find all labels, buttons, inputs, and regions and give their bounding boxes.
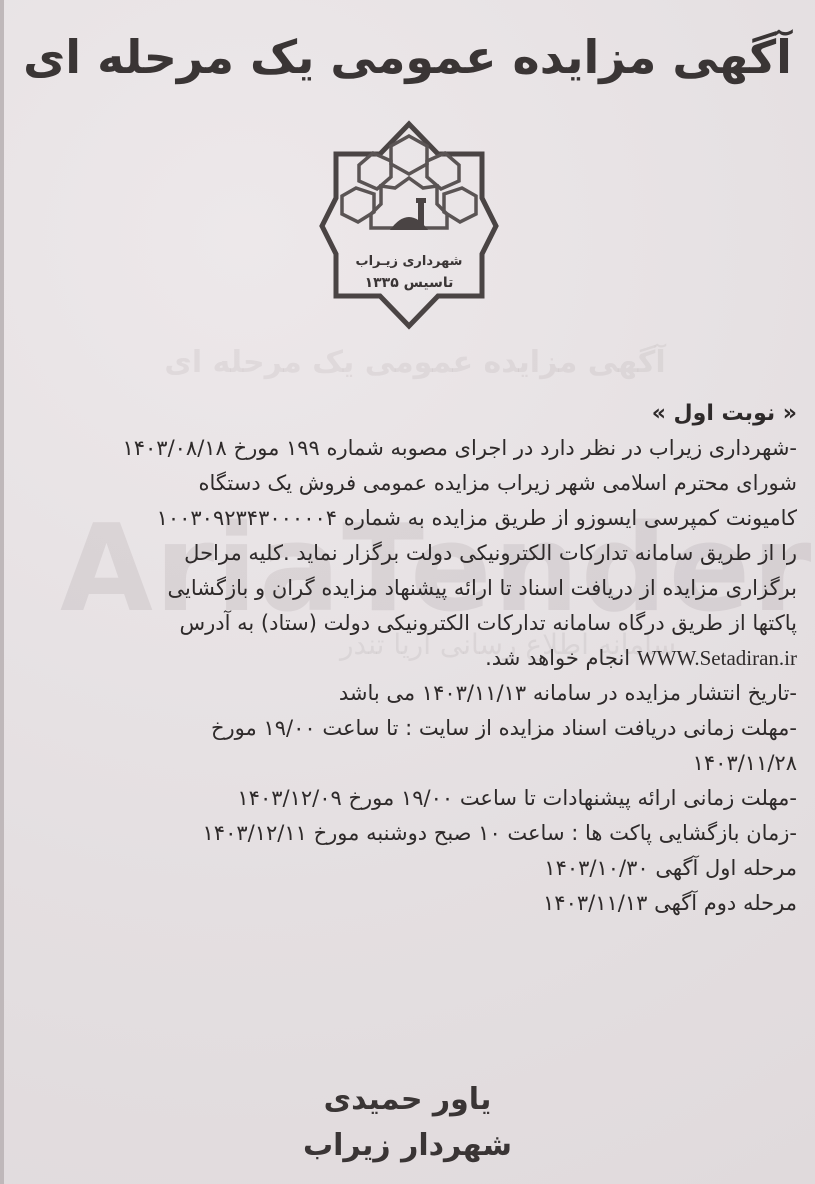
- website-suffix: انجام خواهد شد.: [485, 646, 630, 670]
- paragraph-line: شورای محترم اسلامی شهر زیراب مزایده عموم…: [7, 466, 797, 501]
- newspaper-notice: آگهی مزایده عمومی یک مرحله ای شهرداری زی…: [0, 0, 815, 1184]
- logo-established: تاسیس ۱۳۳۵: [318, 275, 500, 291]
- notice-title: آگهی مزایده عمومی یک مرحله ای: [0, 30, 815, 84]
- paragraph-line: کامیونت کمپرسی ایسوزو از طریق مزایده به …: [7, 501, 797, 536]
- paragraph-line: را از طریق سامانه تدارکات الکترونیکی دول…: [7, 536, 797, 571]
- paragraph-line: -شهرداری زیراب در نظر دارد در اجرای مصوب…: [7, 431, 797, 466]
- doc-deadline-date: ۱۴۰۳/۱۱/۲۸: [7, 746, 797, 781]
- logo-name: شهرداری زیـراب: [318, 254, 500, 269]
- bid-deadline-line: -مهلت زمانی ارائه پیشنهادات تا ساعت ۱۹/۰…: [7, 781, 797, 816]
- paragraph-line: برگزاری مزایده از دریافت اسناد تا ارائه …: [7, 571, 797, 606]
- doc-deadline-line: -مهلت زمانی دریافت اسناد مزایده از سایت …: [7, 711, 797, 746]
- signatory-role: شهردار زیراب: [0, 1128, 815, 1163]
- paragraph-line: پاکتها از طریق درگاه سامانه تدارکات الکت…: [7, 606, 797, 641]
- publish-date-line: -تاریخ انتشار مزایده در سامانه ۱۴۰۳/۱۱/۱…: [7, 676, 797, 711]
- municipality-emblem-star-icon: [318, 118, 500, 334]
- stage2-line: مرحله دوم آگهی ۱۴۰۳/۱۱/۱۳: [7, 886, 797, 921]
- opening-line: -زمان بازگشایی پاکت ها : ساعت ۱۰ صبح دوش…: [7, 816, 797, 851]
- website-line: WWW.Setadiran.ir انجام خواهد شد.: [7, 641, 797, 676]
- notice-body: « نوبت اول » -شهرداری زیراب در نظر دارد …: [7, 396, 797, 921]
- bleed-through-text: آگهی مزایده عمومی یک مرحله ای: [20, 345, 810, 380]
- round-label: « نوبت اول »: [7, 396, 797, 431]
- page-edge: [0, 0, 4, 1184]
- stage1-line: مرحله اول آگهی ۱۴۰۳/۱۰/۳۰: [7, 851, 797, 886]
- website-link[interactable]: WWW.Setadiran.ir: [637, 646, 797, 670]
- signatory-name: یاور حمیدی: [0, 1082, 815, 1117]
